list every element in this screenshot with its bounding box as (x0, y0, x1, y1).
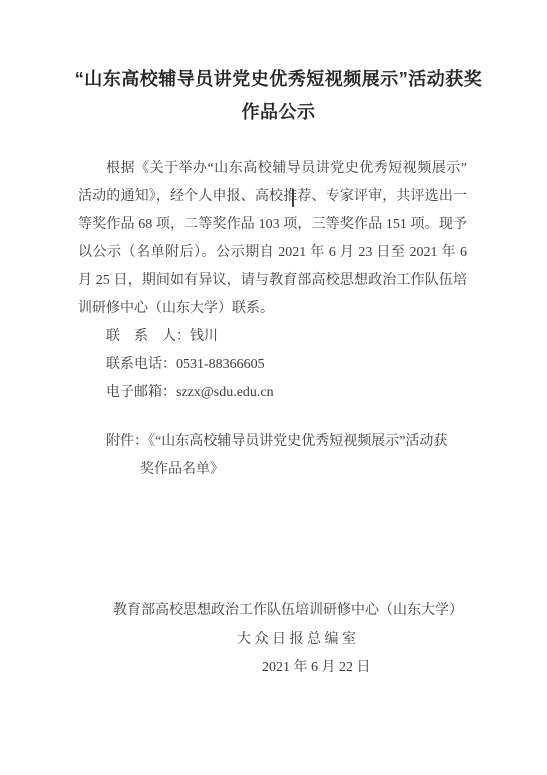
attachment-note[interactable]: 附件：《“山东高校辅导员讲党史优秀短视频展示”活动获 奖作品名单》 (78, 428, 467, 484)
signature-date[interactable]: 2021 年 6 月 22 日 (262, 654, 371, 682)
document-body[interactable]: 根据《关于举办“山东高校辅导员讲党史优秀短视频展示” 活动的通知》，经个人申报、… (78, 155, 467, 407)
paragraph-line[interactable]: 活动的通知》，经个人申报、高校推荐、专家评审，共评选出一 (78, 183, 467, 211)
paragraph-line[interactable]: 训研修中心（山东大学）联系。 (78, 295, 467, 323)
paragraph-line[interactable]: 根据《关于举办“山东高校辅导员讲党史优秀短视频展示” (78, 155, 467, 183)
text-cursor (292, 189, 294, 207)
contact-person-line[interactable]: 联 系 人：钱川 (78, 323, 467, 351)
paragraph-line[interactable]: 月 25 日，期间如有异议，请与教育部高校思想政治工作队伍培 (78, 267, 467, 295)
document-page[interactable]: “山东高校辅导员讲党史优秀短视频展示”活动获奖 作品公示 根据《关于举办“山东高… (0, 0, 547, 775)
attachment-line-1[interactable]: 附件：《“山东高校辅导员讲党史优秀短视频展示”活动获 (78, 428, 467, 456)
paragraph-line[interactable]: 等奖作品 68 项，二等奖作品 103 项，三等奖作品 151 项。现予 (78, 211, 467, 239)
document-title[interactable]: “山东高校辅导员讲党史优秀短视频展示”活动获奖 作品公示 (5, 63, 547, 129)
contact-phone-line[interactable]: 联系电话：0531-88366605 (78, 351, 467, 379)
paragraph-line[interactable]: 以公示（名单附后）。公示期自 2021 年 6 月 23 日至 2021 年 6 (78, 239, 467, 267)
attachment-line-2[interactable]: 奖作品名单》 (78, 456, 467, 484)
signature-organization[interactable]: 教育部高校思想政治工作队伍培训研修中心（山东大学） (113, 597, 463, 625)
signature-office[interactable]: 大 众 日 报 总 编 室 (237, 626, 356, 654)
contact-email-line[interactable]: 电子邮箱：szzx@sdu.edu.cn (78, 379, 467, 407)
document-title-line-1[interactable]: “山东高校辅导员讲党史优秀短视频展示”活动获奖 (5, 63, 547, 96)
document-title-line-2[interactable]: 作品公示 (5, 96, 547, 129)
